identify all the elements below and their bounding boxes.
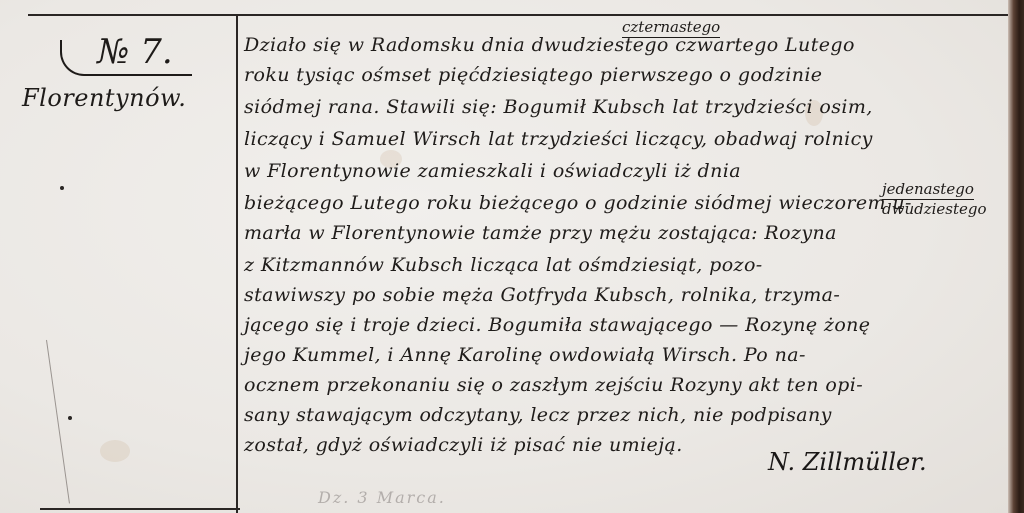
record-line: roku tysiąc ośmset pięćdziesiątego pierw… [244, 64, 822, 86]
record-line: jego Kummel, i Annę Karolinę owdowiałą W… [244, 344, 806, 366]
top-ruled-line [28, 14, 1008, 16]
record-line: stawiwszy po sobie męża Gotfryda Kubsch,… [244, 284, 840, 306]
record-line: liczący i Samuel Wirsch lat trzydzieści … [244, 128, 873, 150]
entry-number: № 7. [60, 32, 210, 72]
register-page: № 7. Florentynów. czternastego jedenaste… [0, 0, 1010, 513]
record-line: siódmej rana. Stawili się: Bogumił Kubsc… [244, 96, 873, 118]
paper-stain [100, 440, 130, 462]
faint-pencil-stroke [46, 340, 70, 504]
record-line: został, gdyż oświadczyli iż pisać nie um… [244, 434, 683, 456]
record-line: Działo się w Radomsku dnia dwudziestego … [244, 34, 855, 56]
village-name: Florentynów. [22, 84, 186, 112]
officiant-signature: N. Zillmüller. [768, 448, 927, 476]
margin-column-divider [236, 14, 238, 513]
pencil-annotation: Dz. 3 Marca. [318, 488, 446, 507]
book-binding-edge [1008, 0, 1024, 513]
ink-speck [60, 186, 64, 190]
record-line: w Florentynowie zamieszkali i oświadczyl… [244, 160, 741, 182]
record-line: z Kitzmannów Kubsch licząca lat ośmdzies… [244, 254, 763, 276]
ink-speck [68, 416, 72, 420]
record-line: sany stawającym odczytany, lecz przez ni… [244, 404, 832, 426]
record-line: jącego się i troje dzieci. Bogumiła staw… [244, 314, 870, 336]
record-line: marła w Florentynowie tamże przy mężu zo… [244, 222, 837, 244]
record-line: bieżącego Lutego roku bieżącego o godzin… [244, 192, 912, 214]
record-line: ocznem przekonaniu się o zaszłym zejściu… [244, 374, 863, 396]
bottom-ruled-line [40, 508, 240, 510]
